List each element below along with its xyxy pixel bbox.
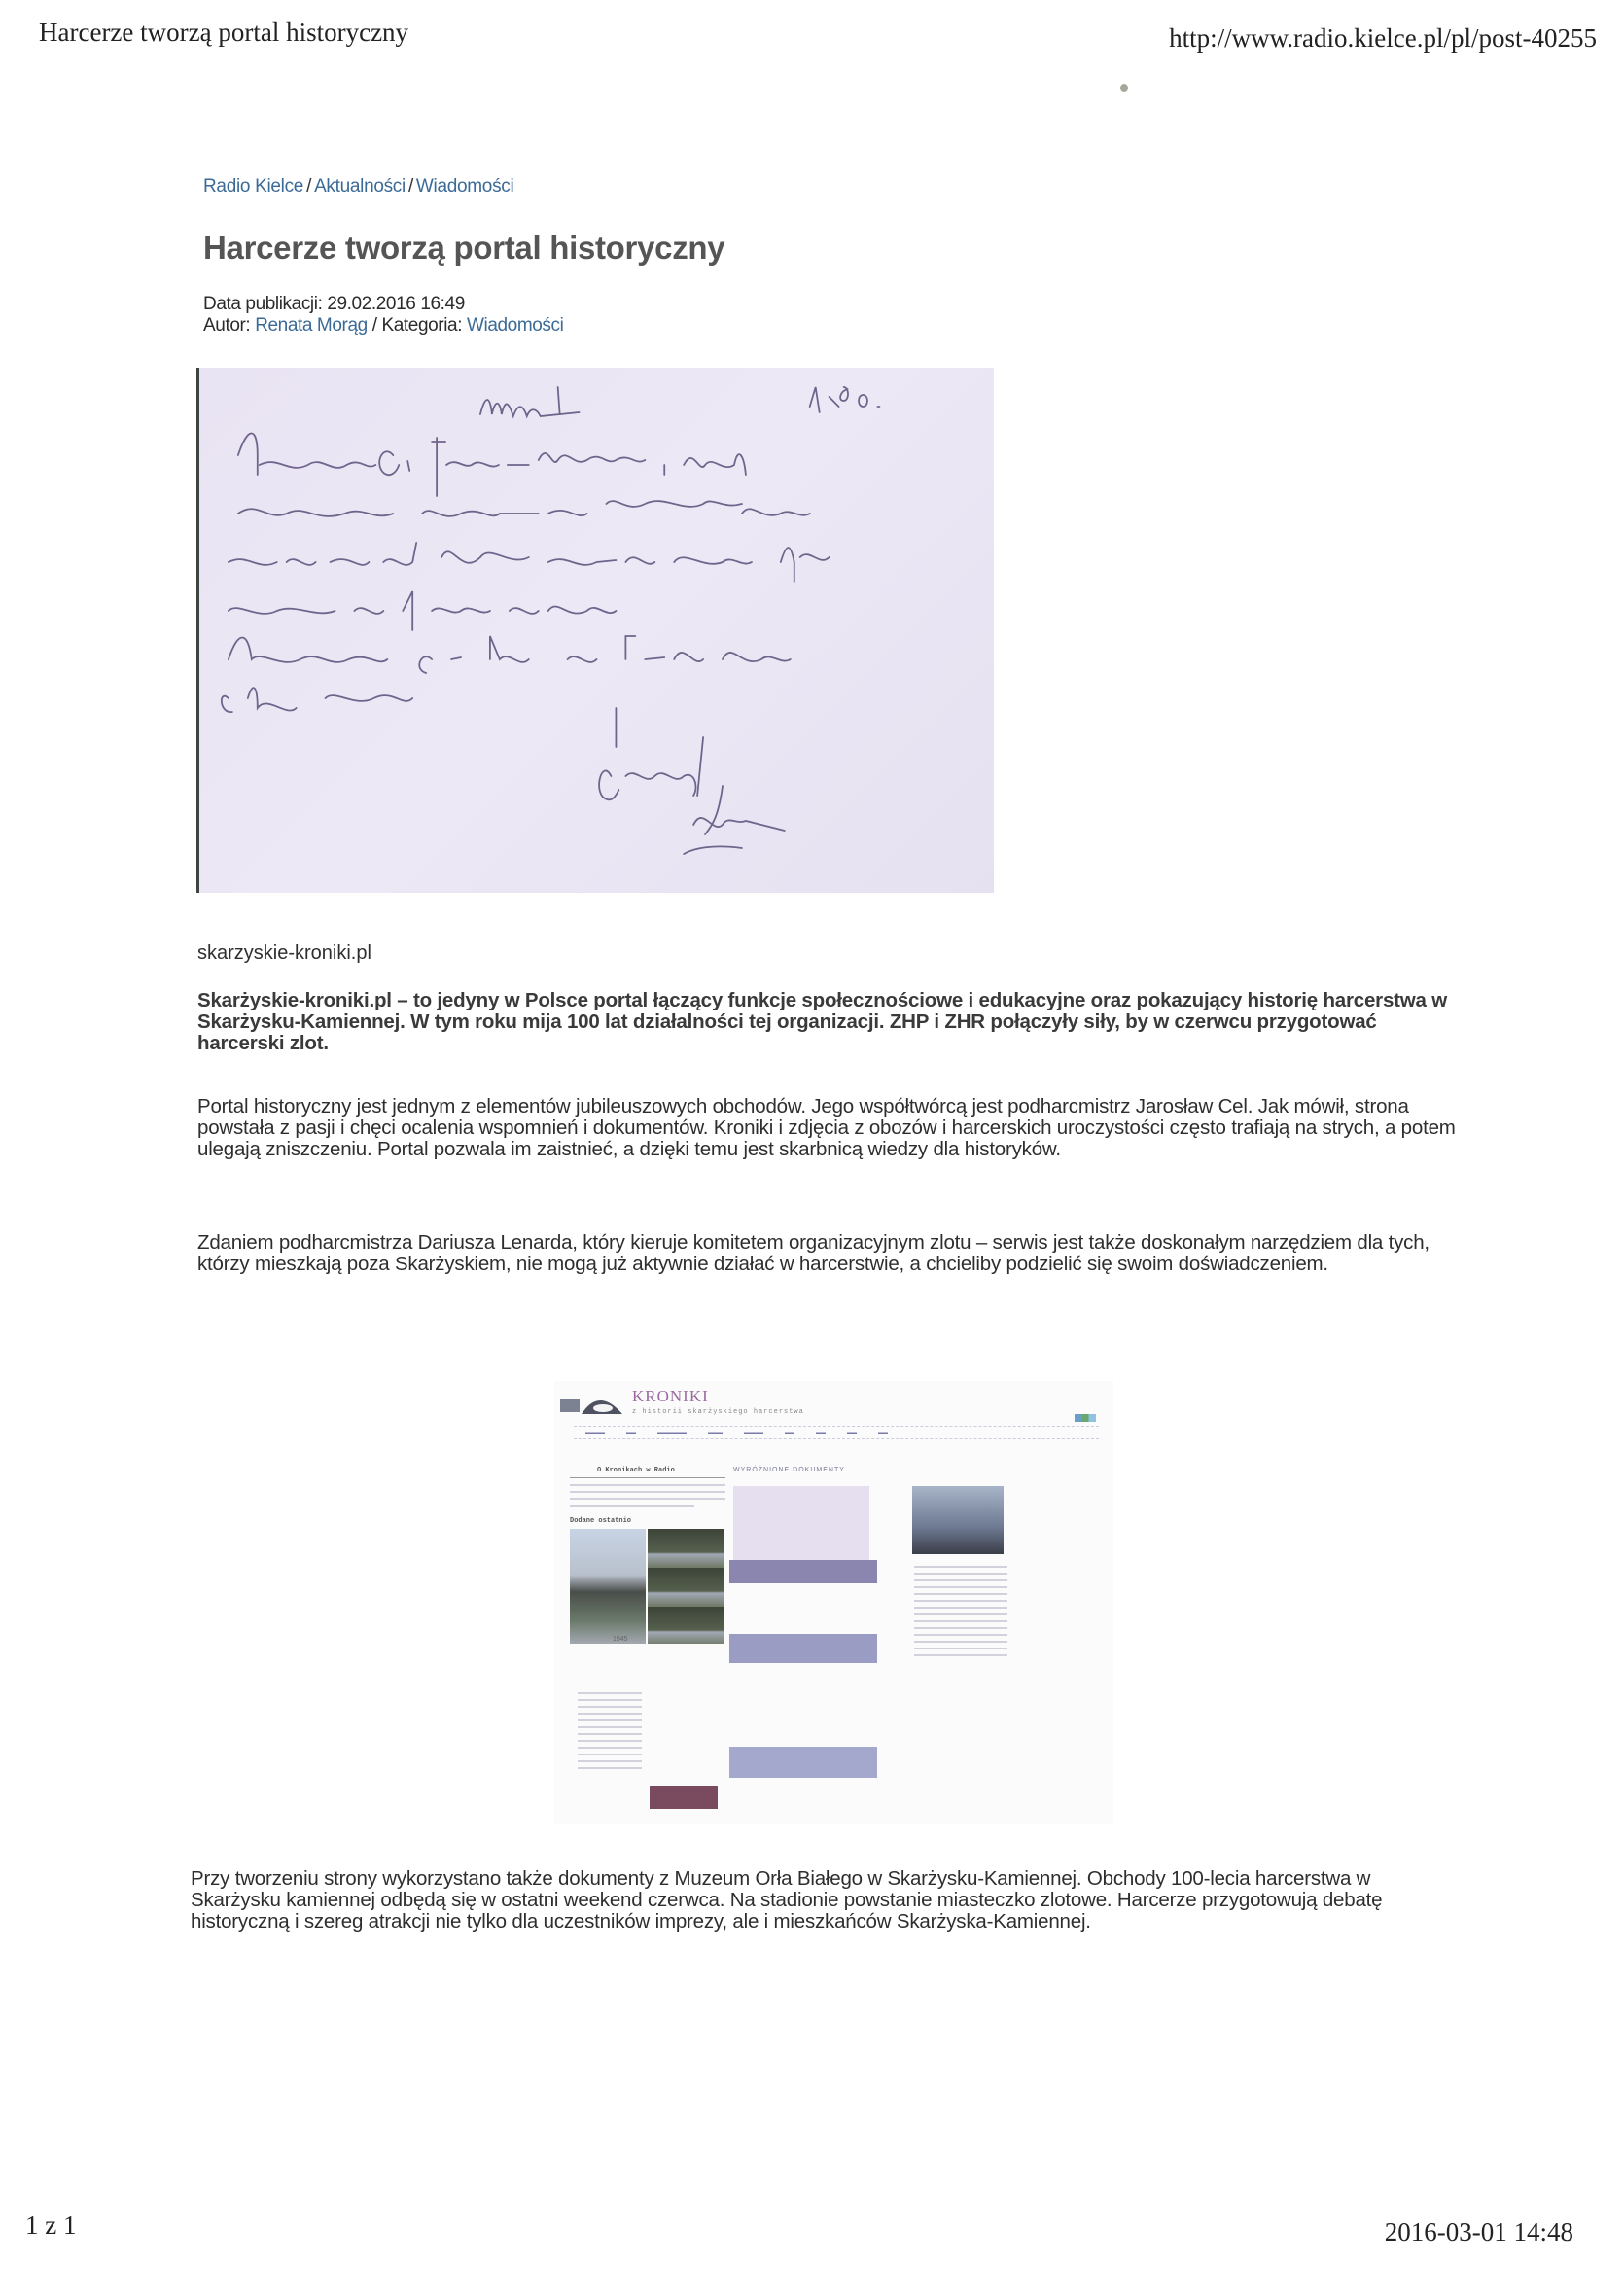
divider	[570, 1477, 725, 1478]
portal-thumbnail	[650, 1786, 718, 1809]
print-page-count: 1 z 1	[25, 2211, 76, 2241]
article-meta: Data publikacji: 29.02.2016 16:49 Autor:…	[203, 294, 563, 337]
publication-date-label: Data publikacji:	[203, 294, 322, 314]
author-row: Autor: Renata Morąg / Kategoria: Wiadomo…	[203, 315, 563, 337]
portal-document-caption-bar	[729, 1634, 877, 1663]
breadcrumb-item-wiadomosci[interactable]: Wiadomości	[416, 176, 513, 196]
article-paragraph: Zdaniem podharcmistrza Dariusza Lenarda,…	[197, 1232, 1462, 1275]
breadcrumb-item-aktualnosci[interactable]: Aktualności	[314, 176, 406, 196]
author-label: Autor:	[203, 315, 250, 336]
portal-timeline-text	[914, 1566, 1007, 1661]
publication-date-row: Data publikacji: 29.02.2016 16:49	[203, 294, 563, 315]
social-icons	[1075, 1414, 1096, 1422]
breadcrumb-separator: /	[306, 176, 311, 196]
portal-left-subheading: Dodane ostatnio	[570, 1517, 631, 1525]
article-title: Harcerze tworzą portal historyczny	[203, 230, 724, 266]
portal-logo-subtitle: z historii skarżyskiego harcerstwa	[632, 1408, 804, 1416]
portal-intro-text	[570, 1484, 725, 1511]
image-caption: skarzyskie-kroniki.pl	[197, 942, 371, 965]
portal-logo-title: KRONIKI	[632, 1387, 709, 1406]
print-timestamp: 2016-03-01 14:48	[1385, 2217, 1573, 2248]
article-lead: Skarżyskie-kroniki.pl – to jedyny w Pols…	[197, 990, 1462, 1054]
breadcrumb-item-radio-kielce[interactable]: Radio Kielce	[203, 176, 303, 196]
print-header-title: Harcerze tworzą portal historyczny	[39, 18, 408, 48]
article-paragraph: Portal historyczny jest jednym z element…	[197, 1096, 1462, 1160]
portal-screenshot-image: KRONIKI z historii skarżyskiego harcerst…	[554, 1381, 1113, 1824]
author-link[interactable]: Renata Morąg	[255, 315, 368, 336]
handwritten-letter-image	[196, 368, 994, 893]
portal-photo-year: 1945	[613, 1636, 628, 1643]
portal-document-text	[578, 1692, 642, 1774]
breadcrumb: Radio Kielce/Aktualności/Wiadomości	[203, 176, 513, 197]
publication-date: 29.02.2016 16:49	[327, 294, 465, 314]
portal-left-heading: O Kronikach w Radio	[597, 1467, 675, 1474]
category-link[interactable]: Wiadomości	[467, 315, 563, 336]
handwriting-strokes	[199, 368, 994, 893]
category-label: Kategoria:	[381, 315, 462, 336]
portal-logo-emblem-icon	[558, 1389, 626, 1418]
portal-document-caption-bar	[729, 1560, 877, 1583]
portal-featured-document	[733, 1486, 869, 1562]
breadcrumb-separator: /	[408, 176, 413, 196]
portal-nav-bar: ▬▬▬▬▬▬▬▬▬▬▬▬▬▬▬▬▬▬▬▬▬▬▬▬▬▬▬	[574, 1426, 1099, 1439]
article-paragraph: Przy tworzeniu strony wykorzystano także…	[191, 1868, 1455, 1932]
portal-center-heading: WYRÓŻNIONE DOKUMENTY	[733, 1467, 845, 1473]
portal-side-photo	[912, 1486, 1004, 1554]
meta-separator: /	[372, 315, 377, 336]
portal-photo-collage	[570, 1529, 646, 1644]
portal-document-caption-bar	[729, 1747, 877, 1778]
scan-speck	[1120, 84, 1128, 92]
print-header-url: http://www.radio.kielce.pl/pl/post-40255	[1169, 23, 1597, 53]
portal-photo-collage	[648, 1529, 724, 1644]
